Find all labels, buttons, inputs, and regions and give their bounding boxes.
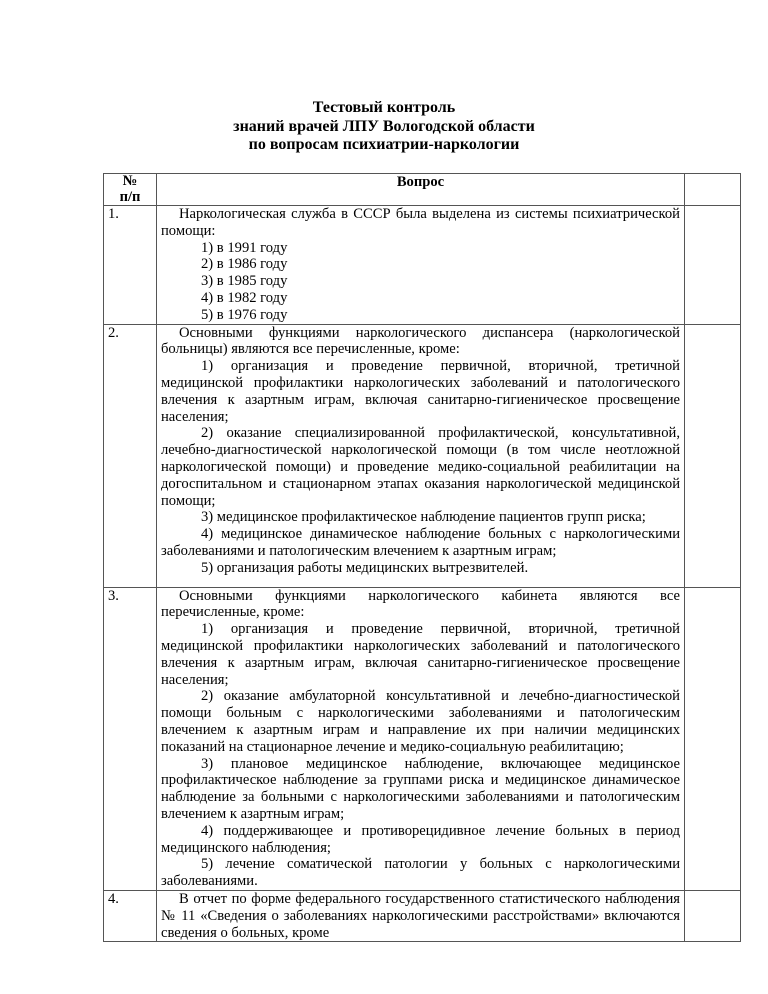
table-row: 3.Основными функциями наркологического к… (104, 587, 741, 890)
answer-cell[interactable] (685, 206, 741, 325)
question-cell: В отчет по форме федерального государств… (157, 890, 685, 941)
header-number: № п/п (104, 174, 157, 206)
question-text: Основными функциями наркологического дис… (161, 325, 680, 359)
answer-cell[interactable] (685, 587, 741, 890)
answer-option: 3) плановое медицинское наблюдение, вклю… (161, 756, 680, 823)
answer-option: 3) в 1985 году (161, 273, 680, 290)
answer-option: 5) организация работы медицинских вытрез… (161, 560, 680, 577)
header-question: Вопрос (157, 174, 685, 206)
answer-option: 4) поддерживающее и противорецидивное ле… (161, 823, 680, 857)
document-title: Тестовый контроль знаний врачей ЛПУ Воло… (0, 99, 768, 155)
questions-table: № п/п Вопрос 1.Наркологическая служба в … (103, 173, 741, 942)
answer-option: 2) оказание амбулаторной консультативной… (161, 688, 680, 755)
question-text: Наркологическая служба в СССР была выдел… (161, 206, 680, 240)
question-number: 2. (104, 324, 157, 587)
answer-option: 1) в 1991 году (161, 240, 680, 257)
question-text: В отчет по форме федерального государств… (161, 891, 680, 941)
question-text: Основными функциями наркологического каб… (161, 588, 680, 622)
title-line-3: по вопросам психиатрии-наркологии (0, 136, 768, 155)
answer-option: 1) организация и проведение первичной, в… (161, 358, 680, 425)
answer-option: 4) медицинское динамическое наблюдение б… (161, 526, 680, 560)
answer-cell[interactable] (685, 890, 741, 941)
answer-option: 5) в 1976 году (161, 307, 680, 324)
header-answer (685, 174, 741, 206)
table-row: 4.В отчет по форме федерального государс… (104, 890, 741, 941)
answer-option: 2) в 1986 году (161, 256, 680, 273)
title-line-1: Тестовый контроль (0, 99, 768, 118)
table-row: 2.Основными функциями наркологического д… (104, 324, 741, 587)
answer-cell[interactable] (685, 324, 741, 587)
question-number: 3. (104, 587, 157, 890)
title-line-2: знаний врачей ЛПУ Вологодской области (0, 118, 768, 137)
answer-option: 3) медицинское профилактическое наблюден… (161, 509, 680, 526)
question-number: 1. (104, 206, 157, 325)
question-cell: Основными функциями наркологического дис… (157, 324, 685, 587)
answer-option: 2) оказание специализированной профилакт… (161, 425, 680, 509)
answer-option: 1) организация и проведение первичной, в… (161, 621, 680, 688)
question-number: 4. (104, 890, 157, 941)
question-cell: Наркологическая служба в СССР была выдел… (157, 206, 685, 325)
table-row: 1.Наркологическая служба в СССР была выд… (104, 206, 741, 325)
question-cell: Основными функциями наркологического каб… (157, 587, 685, 890)
answer-option: 5) лечение соматической патологии у боль… (161, 856, 680, 890)
answer-option: 4) в 1982 году (161, 290, 680, 307)
table-header-row: № п/п Вопрос (104, 174, 741, 206)
